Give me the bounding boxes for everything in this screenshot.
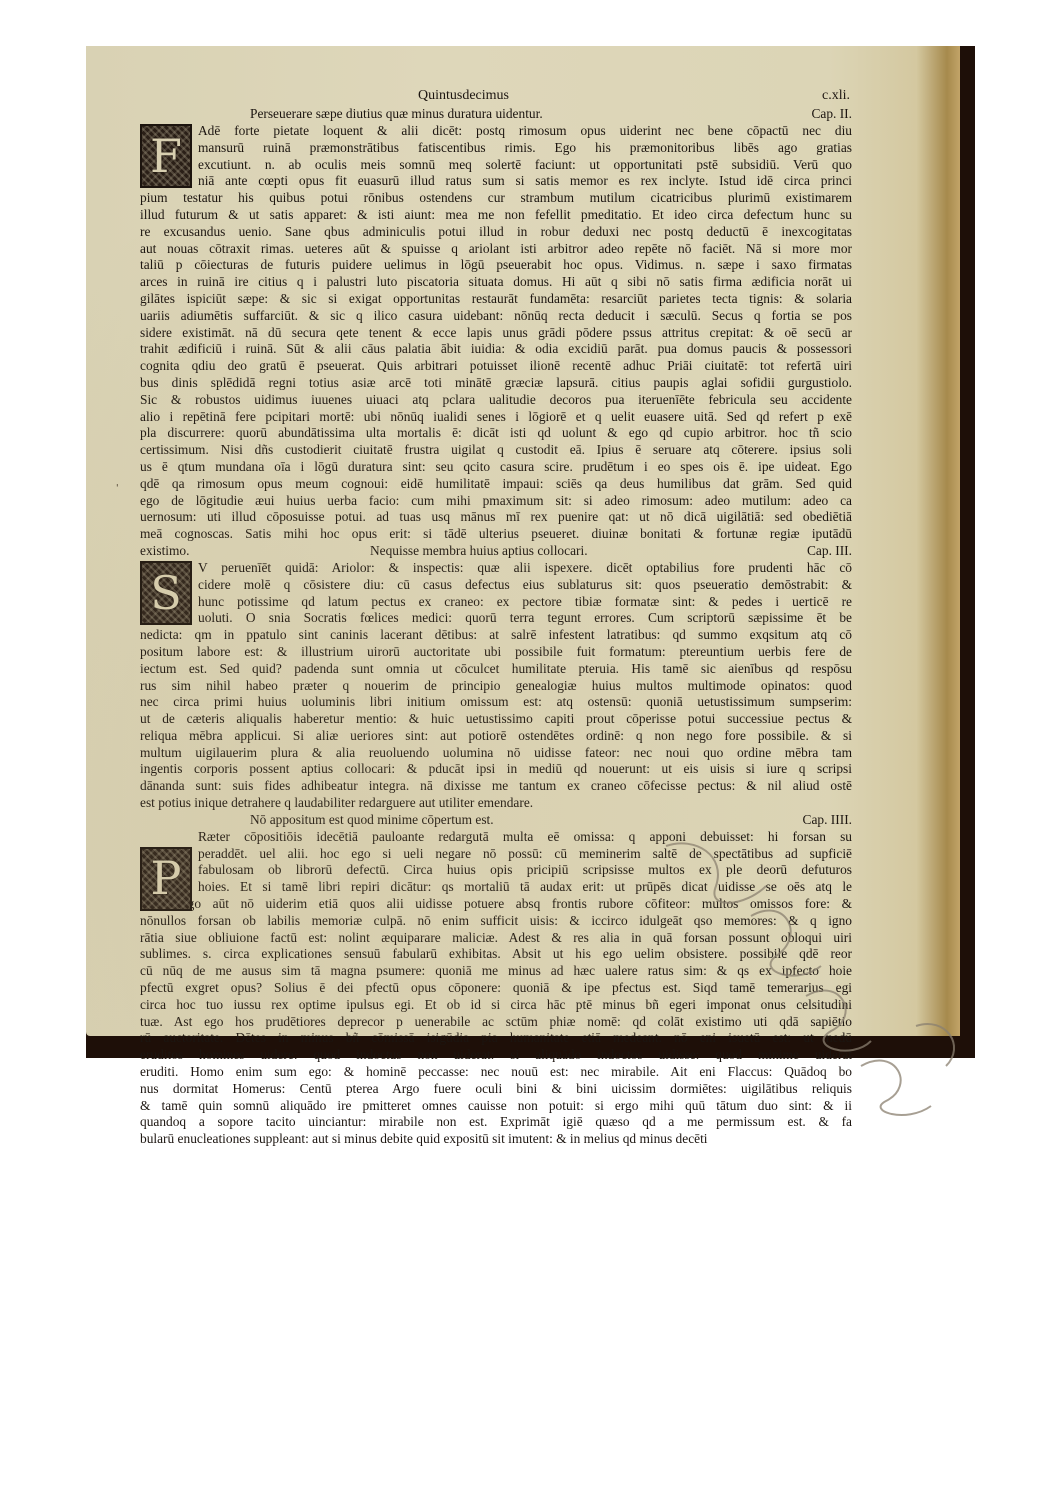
text-line: qdē qa rimosum opus meum cognoui: eidē h… [140, 476, 852, 493]
text-line: arces in ruinā ire citius q i palustri l… [140, 274, 852, 291]
text-line: certissimum. Nisi dñs custodierit ciuita… [140, 442, 852, 459]
chapter-number: Cap. IIII. [803, 812, 852, 829]
text-line: ego de lōgitudie æui huius uerba facio: … [140, 493, 852, 510]
text-line: eruditos homines uidere: quod indoctus n… [140, 1047, 852, 1064]
chapter-title: Perseuerare sæpe diutius quæ minus durat… [250, 106, 543, 123]
text-line: peraddēt. uel alii. hoc ego si ueli nega… [140, 846, 852, 863]
text-line: dānanda sunt: suis fides adhibeatur inte… [140, 778, 852, 795]
text-line: rū auctoritate. Dētes in minus bñ cōmiss… [140, 1030, 852, 1047]
text-line: aut nouas cōtraxit rimas. ueteres aūt & … [140, 241, 852, 258]
decorated-initial: S [140, 561, 192, 625]
text-line: ut de cæteris aliqualis haberetur mentio… [140, 711, 852, 728]
text-line: gisse. ego aūt nō uiderim etiā quos alii… [140, 896, 852, 913]
chapter-title: Nequisse membra huius aptius collocari. [370, 543, 588, 560]
initial-letter: S [150, 585, 182, 602]
text-line: reliqua mēbra applicui. Si aliæ ueriores… [140, 728, 852, 745]
text-line: niā ante cœpti opus fit euasurū illud ra… [140, 173, 852, 190]
text-line: sublimes. s. circa explicationes sensuū … [140, 946, 852, 963]
chapter-body: S Nequisse membra huius aptius collocari… [140, 543, 852, 812]
text-line: us ē qtum mundana oīa i lōgū duratura si… [140, 459, 852, 476]
text-line: pium testatur his quibus potui rōnibus o… [140, 190, 852, 207]
text-line: tuæ. Ast ego hos prudētiores deprecor p … [140, 1014, 852, 1031]
margin-mark: ' [116, 484, 118, 494]
chapter-heading: Nequisse membra huius aptius collocari.C… [140, 543, 852, 560]
running-title: Quintusdecimus [418, 88, 509, 105]
chapter-title: Nō appositum est quod minime cōpertum es… [250, 812, 494, 829]
text-line: bus dinis splēdidā regni totius asiæ arc… [140, 375, 852, 392]
text-line: fabulosam ob librorū defectū. Circa huiu… [140, 862, 852, 879]
text-line: hunc potissime qd latum pectus ex craneo… [140, 594, 852, 611]
text-line: Sic & robustos uidimus iuuenes uiuaci at… [140, 392, 852, 409]
text-line: alio i repētinā fere pcipitari mortē: ub… [140, 409, 852, 426]
text-line: Adē forte pietate loquent & alii dicēt: … [140, 123, 852, 140]
text-line: cidere molē q cōsistere diu: cū casus de… [140, 577, 852, 594]
text-line: excutiunt. n. ab oculis meis somnū meq s… [140, 157, 852, 174]
chapter-number: Cap. II. [811, 106, 852, 123]
text-line: iectum est. Sed quid? padenda sunt omnia… [140, 661, 852, 678]
text-line: multum uigilauerim plura & alia reuoluen… [140, 745, 852, 762]
text-line: nus dormitat Homerus: Centū pterea Argo … [140, 1081, 852, 1098]
text-line: nōnullos forsan ob labilis memoriæ culpā… [140, 913, 852, 930]
text-line: re excusandus uenio. Sane qbus adminicul… [140, 224, 852, 241]
text-line: cū nūq de me ausus sim tā magna psumere:… [140, 963, 852, 980]
text-line: cognita qdiu deo gratū ē pseuerat. Quis … [140, 358, 852, 375]
text-line: uariis adiumētis suffarciūt. & sic q ili… [140, 308, 852, 325]
text-line: & tamē quin somnū aliquādo ire pmitteret… [140, 1098, 852, 1115]
decorated-initial: F [140, 124, 192, 188]
text-line: taliū p cōiecturas de futuris puidere ue… [140, 257, 852, 274]
text-line: rātia siue obliuione factū est: nolint æ… [140, 930, 852, 947]
page-header: Quintusdecimus c.xli. [140, 88, 852, 106]
chapter-heading: Nō appositum est quod minime cōpertum es… [140, 812, 852, 829]
text-line: nedicta: qm in ppatulo sint caninis lace… [140, 627, 852, 644]
text-line: illud futurum & ut satis apparet: & isti… [140, 207, 852, 224]
text-line: Ræter cōpositiōis idecētiā pauloante red… [140, 829, 852, 846]
text-line: pfectū exgret opus? Solius ē dei pfectū … [140, 980, 852, 997]
text-line: meā cognoscas. Satis mihi hoc opus erit:… [140, 526, 852, 543]
decorated-initial: P [140, 847, 192, 911]
chapter-number: Cap. III. [807, 543, 852, 560]
text-line: ingentis corporis possent aptius colloca… [140, 761, 852, 778]
text-line: est potius inique detrahere q laudabilit… [140, 795, 852, 812]
chapter-body: P Nō appositum est quod minime cōpertum … [140, 812, 852, 1148]
text-line: pla discurrere: quorū abundātissima ulta… [140, 425, 852, 442]
text-line: uernosum: uti illud cōposuisse potui. ad… [140, 509, 852, 526]
initial-letter: F [150, 148, 182, 165]
chapter-body: F Adē forte pietate loquent & alii dicēt… [140, 123, 852, 560]
text-line: circa hoc tuo iussu rex optime ipulsus e… [140, 997, 852, 1014]
text-line: eruditi. Homo enim sum ego: & hominē pec… [140, 1064, 852, 1081]
folio-number: c.xli. [822, 88, 850, 105]
text-line: nec circa primi huius uoluminis libri in… [140, 694, 852, 711]
text-block: Quintusdecimus c.xli. Perseuerare sæpe d… [140, 88, 852, 1148]
text-line: trahit ædificiū i ruinā. Sūt & alii cāus… [140, 341, 852, 358]
text-line: hoies. Et si tamē libri repiri dicātur: … [140, 879, 852, 896]
scan-background: ' Quintusdecimus c.xli. Perseuerare sæpe… [86, 46, 975, 1058]
text-line: mansurū ruinā præmonstrātibus fatiscenti… [140, 140, 852, 157]
text-line: gilātes ispiciūt sæpe: & sic si exigat o… [140, 291, 852, 308]
chapter-heading: Perseuerare sæpe diutius quæ minus durat… [140, 106, 852, 123]
text-line: sidere existimāt. nā dū secura qete tene… [140, 325, 852, 342]
text-line: bularū enucleationes suppleant: aut si m… [140, 1131, 852, 1148]
initial-letter: P [151, 870, 182, 887]
text-line: positum labore est: & illustrium uirorū … [140, 644, 852, 661]
text-line: quandoq a sopore tacito uinciantur: mira… [140, 1114, 852, 1131]
book-page: ' Quintusdecimus c.xli. Perseuerare sæpe… [86, 46, 960, 1036]
text-line: rus sim nihil habeo præter q nouerim de … [140, 678, 852, 695]
text-line: uoluti. O snia Socratis fœlices medici: … [140, 610, 852, 627]
text-line: V peruenīēt quidā: Ariolor: & inspectis:… [140, 560, 852, 577]
